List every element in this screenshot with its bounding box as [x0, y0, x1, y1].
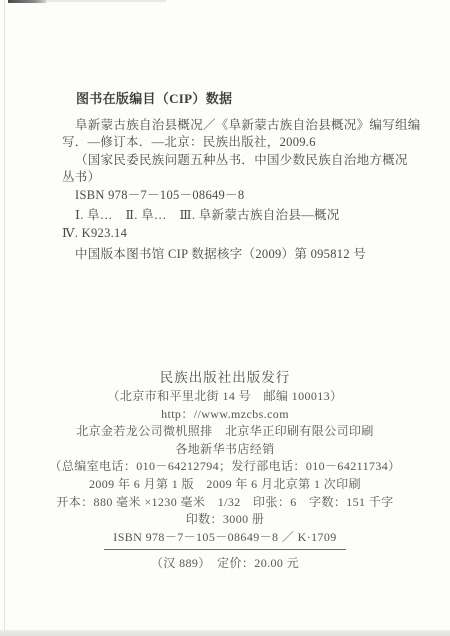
- isbn-price-code: ISBN 978－7－105－08649－8 ／ K·1709: [103, 529, 346, 550]
- imprint-block: 民族出版社出版发行 （北京市和平里北街 14 号 邮编 100013） http…: [0, 368, 450, 572]
- print-run-line: 印数：3000 册: [0, 511, 450, 529]
- cip-series-line-1: （国家民委民族问题五种丛书．中国少数民族自治地方概况: [75, 152, 397, 170]
- edition-line: 2009 年 6 月第 1 版 2009 年 6 月北京第 1 次印刷: [0, 476, 450, 494]
- scan-artifact-bottom-band: [0, 630, 450, 636]
- publisher-address: （北京市和平里北街 14 号 邮编 100013）: [0, 388, 450, 406]
- typesetting-printing-line: 北京金若龙公司微机照排 北京华正印刷有限公司印刷: [0, 423, 450, 441]
- scanned-page: 图书在版编目（CIP）数据 阜新蒙古族自治县概况／《阜新蒙古族自治县概况》编写组…: [0, 0, 450, 636]
- isbn-price-code-line: ISBN 978－7－105－08649－8 ／ K·1709: [0, 529, 450, 550]
- scan-artifact-top-fade: [46, 0, 166, 2]
- cip-series-line-2: 丛书）: [62, 169, 397, 187]
- price-line: （汉 889） 定价：20.00 元: [0, 554, 450, 572]
- price-divider-rule: [104, 549, 346, 550]
- cip-isbn: ISBN 978－7－105－08649－8: [75, 187, 397, 205]
- publisher-line: 民族出版社出版发行: [0, 368, 450, 388]
- distribution-line: 各地新华书店经销: [0, 441, 450, 459]
- scan-artifact-top-strip: [8, 0, 46, 3]
- phones-line: （总编室电话：010－64212794；发行部电话：010－64211734）: [0, 458, 450, 476]
- cip-entry-line-1: 阜新蒙古族自治县概况／《阜新蒙古族自治县概况》编写组编: [75, 117, 397, 135]
- format-line: 开本：880 毫米 ×1230 毫米 1/32 印张：6 字数：151 千字: [0, 494, 450, 512]
- cip-data-block: 图书在版编目（CIP）数据 阜新蒙古族自治县概况／《阜新蒙古族自治县概况》编写组…: [62, 90, 397, 264]
- cip-heading: 图书在版编目（CIP）数据: [76, 90, 397, 108]
- publisher-website: http：//www.mzcbs.com: [0, 406, 450, 424]
- cip-entry-line-2: 写．—修订本．—北京：民族出版社，2009.6: [62, 134, 397, 152]
- cip-classification-line-2: Ⅳ. K923.14: [62, 225, 397, 243]
- cip-classification-line-1: Ⅰ. 阜… Ⅱ. 阜… Ⅲ. 阜新蒙古族自治县—概况: [75, 207, 397, 225]
- cip-record-number: 中国版本图书馆 CIP 数据核字（2009）第 095812 号: [75, 246, 397, 264]
